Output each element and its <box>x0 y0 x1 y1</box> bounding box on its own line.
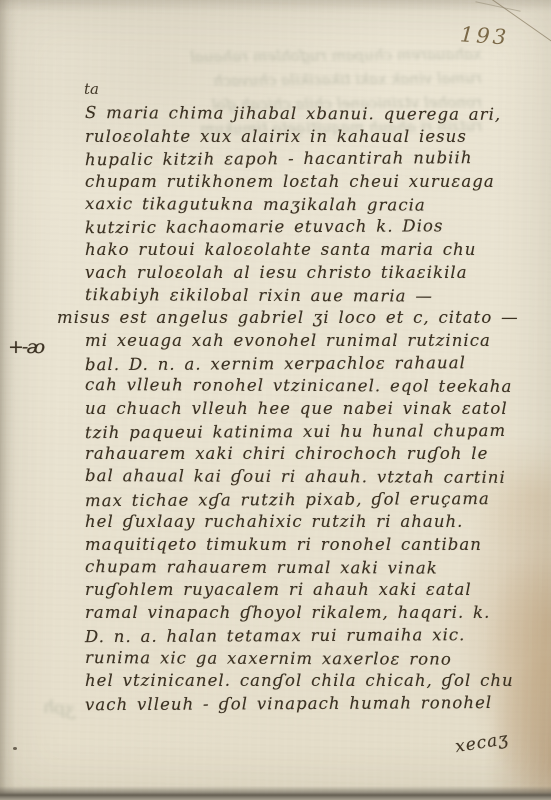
manuscript-line: rahauarem xaki chiri chirochoch ruɠoh le <box>85 443 525 466</box>
manuscript-line: xaxic tikagutukna maʒikalah gracia <box>85 193 525 218</box>
header-catchword: ta <box>84 80 99 98</box>
manuscript-line: ua chuach vlleuh hee que nabei vinak ɛat… <box>85 398 525 421</box>
manuscript-line: S maria chima jihabal xbanui. querega ar… <box>85 102 525 127</box>
manuscript-line: ruɠohlem ruyacalem ri ahauh xaki ɛatal <box>85 579 525 602</box>
manuscript-line: hako rutoui kaloɛolahte santa maria chu <box>85 239 525 262</box>
manuscript-line: kutziric kachaomarie etuvach k. Dios <box>85 215 525 240</box>
manuscript-line: maquitiqeto timukum ri ronohel cantiban <box>85 534 525 557</box>
manuscript-line: max tichae xɠa rutzih pixab, ɠol eruçama <box>85 488 525 513</box>
manuscript-line: ruloɛolahte xux alairix in kahaual iesus <box>85 126 525 149</box>
manuscript-line: ramal vinapach ɠhoyol rikalem, haqari. k… <box>85 602 525 625</box>
manuscript-line: tzih paqueui katinima xui hu hunal chupa… <box>85 419 525 444</box>
manuscript-photo: xahauarem chupam ruɠohlem rahaualrumal v… <box>0 0 551 800</box>
manuscript-line: vach ruloɛolah al iesu christo tikaɛikil… <box>85 262 525 285</box>
show-through-mark: ʒph <box>1 693 77 760</box>
ink-dot <box>13 747 17 750</box>
manuscript-line: hel vtzinicanel. canɠol chila chicah, ɠo… <box>85 670 525 693</box>
manuscript-line: chupam rutikhonem loɛtah cheui xuruɛaga <box>85 171 525 194</box>
manuscript-line: mi xeuaga xah evonohel runimal rutzinica <box>85 330 525 353</box>
manuscript-line: bal. D. n. a. xernim xerpachloɛ rahaual <box>85 351 525 376</box>
manuscript-line: vach vlleuh - ɠol vinapach humah ronohel <box>85 692 525 717</box>
page-bottom-edge <box>0 786 551 800</box>
manuscript-line: hupalic kitzih ɛapoh - hacantirah nubiih <box>85 147 525 172</box>
manuscript-line: D. n. a. halan tetamax rui rumaiha xic. <box>85 624 525 649</box>
margin-cross-mark: +‐ᴔ <box>8 336 82 358</box>
page-number: 193 <box>459 22 510 49</box>
manuscript-line: cah vlleuh ronohel vtzinicanel. eqol tee… <box>85 374 525 399</box>
manuscript-text-block: S maria chima jihabal xbanui. querega ar… <box>85 103 525 716</box>
manuscript-line: bal ahaual kai ɠoui ri ahauh. vtztah car… <box>85 465 525 490</box>
manuscript-line: hel ɠuxlaay ruchahixic rutzih ri ahauh. <box>85 511 525 534</box>
manuscript-line: chupam rahauarem rumal xaki vinak <box>85 556 525 581</box>
manuscript-line: misus est angelus gabriel ʒi loco et c, … <box>57 307 525 330</box>
manuscript-line: runima xic ga xaxernim xaxerloɛ rono <box>85 647 525 672</box>
manuscript-line: tikabiyh ɛikilobal rixin aue maria — <box>85 284 525 309</box>
